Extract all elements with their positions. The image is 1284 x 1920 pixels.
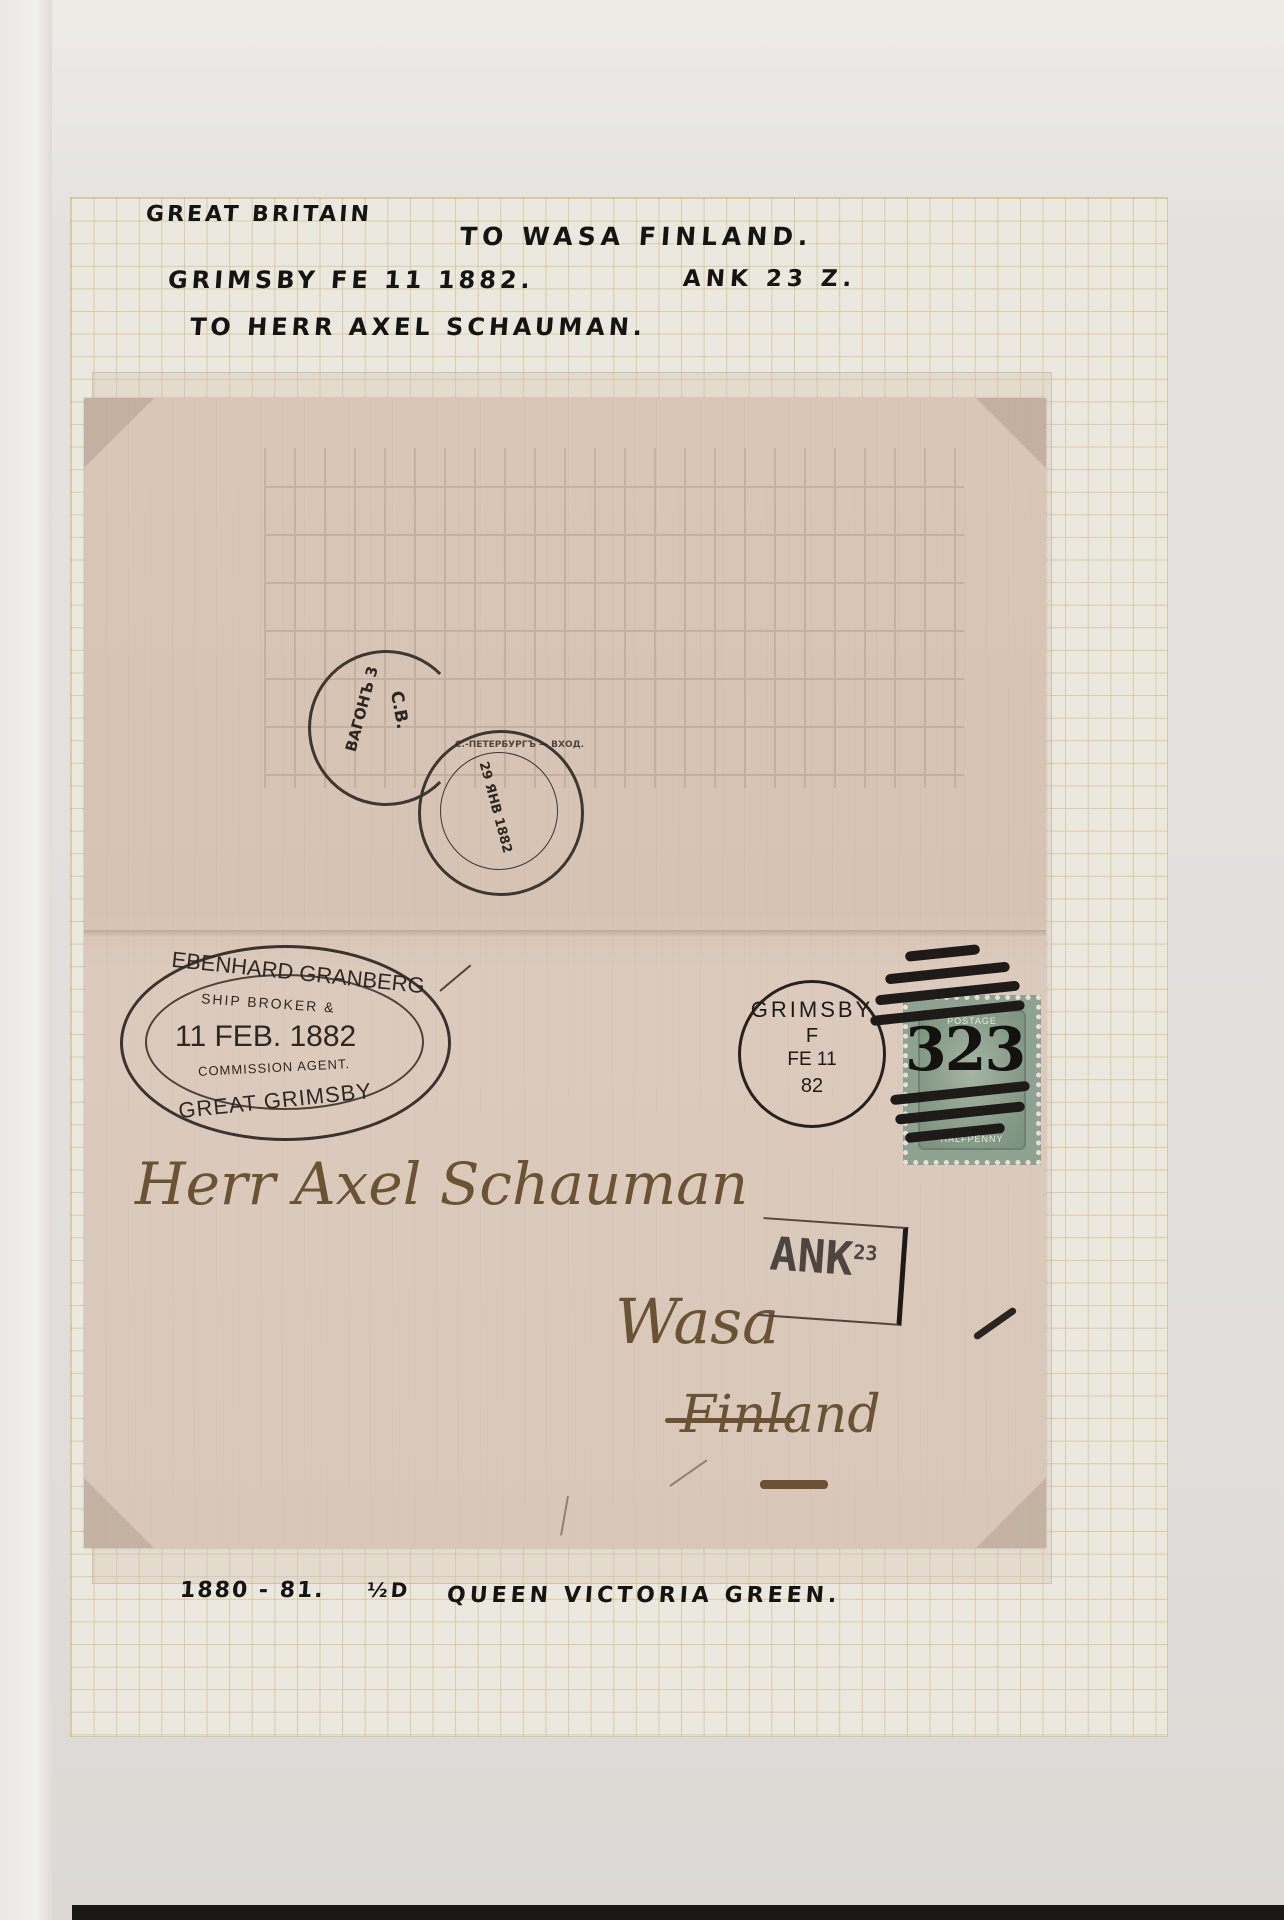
postmark-code: F xyxy=(741,1025,883,1048)
arrival-mark-label: ANK xyxy=(768,1226,855,1286)
transit-mark2-ring: С.-ПЕТЕРБУРГЪ — ВХОД. xyxy=(455,740,584,750)
header-addressee: TO HERR AXEL SCHAUMAN. xyxy=(189,313,647,341)
fold-line xyxy=(84,930,1046,938)
arrival-mark-text: ANK23 xyxy=(768,1226,879,1287)
caption-description: QUEEN VICTORIA GREEN. xyxy=(446,1583,841,1608)
address-underline-stroke xyxy=(665,1418,795,1423)
company-cachet-oval: EBENHARD GRANBERG SHIP BROKER & 11 FEB. … xyxy=(120,945,451,1141)
header-country: GREAT BRITAIN xyxy=(145,202,373,227)
obliterator-bar xyxy=(885,961,1010,984)
address-dash xyxy=(760,1480,828,1489)
mount-corner-bottom-left xyxy=(84,1478,154,1548)
cachet-date: 11 FEB. 1882 xyxy=(175,1020,356,1054)
address-line-name: Herr Axel Schauman xyxy=(135,1150,748,1218)
page-bottom-edge xyxy=(72,1905,1284,1920)
obliterator-bar xyxy=(895,1101,1025,1125)
album-binding xyxy=(0,0,52,1920)
mount-corner-bottom-right xyxy=(976,1478,1046,1548)
header-destination: TO WASA FINLAND. xyxy=(459,222,814,251)
mount-corner-top-right xyxy=(976,398,1046,468)
address-line-town: Wasa xyxy=(615,1285,779,1358)
header-origin-date: GRIMSBY FE 11 1882. xyxy=(167,266,535,294)
arrival-mark-day: 23 xyxy=(853,1240,879,1266)
duplex-number: 323 xyxy=(905,1015,1024,1085)
postmark-date: FE 11 xyxy=(741,1049,883,1071)
obliterator-bar xyxy=(905,1123,1005,1143)
mount-corner-top-left xyxy=(84,398,154,468)
grimsby-postmark: GRIMSBY F FE 11 82 xyxy=(738,980,886,1128)
postmark-year: 82 xyxy=(741,1075,883,1098)
postmark-town: GRIMSBY xyxy=(741,997,883,1023)
header-arrival: ANK 23 Z. xyxy=(682,266,857,292)
obliterator-bar xyxy=(905,944,981,962)
address-line-country: Finland xyxy=(680,1385,881,1445)
caption-years: 1880 - 81. xyxy=(179,1578,325,1603)
caption-value: ½D xyxy=(366,1578,411,1602)
